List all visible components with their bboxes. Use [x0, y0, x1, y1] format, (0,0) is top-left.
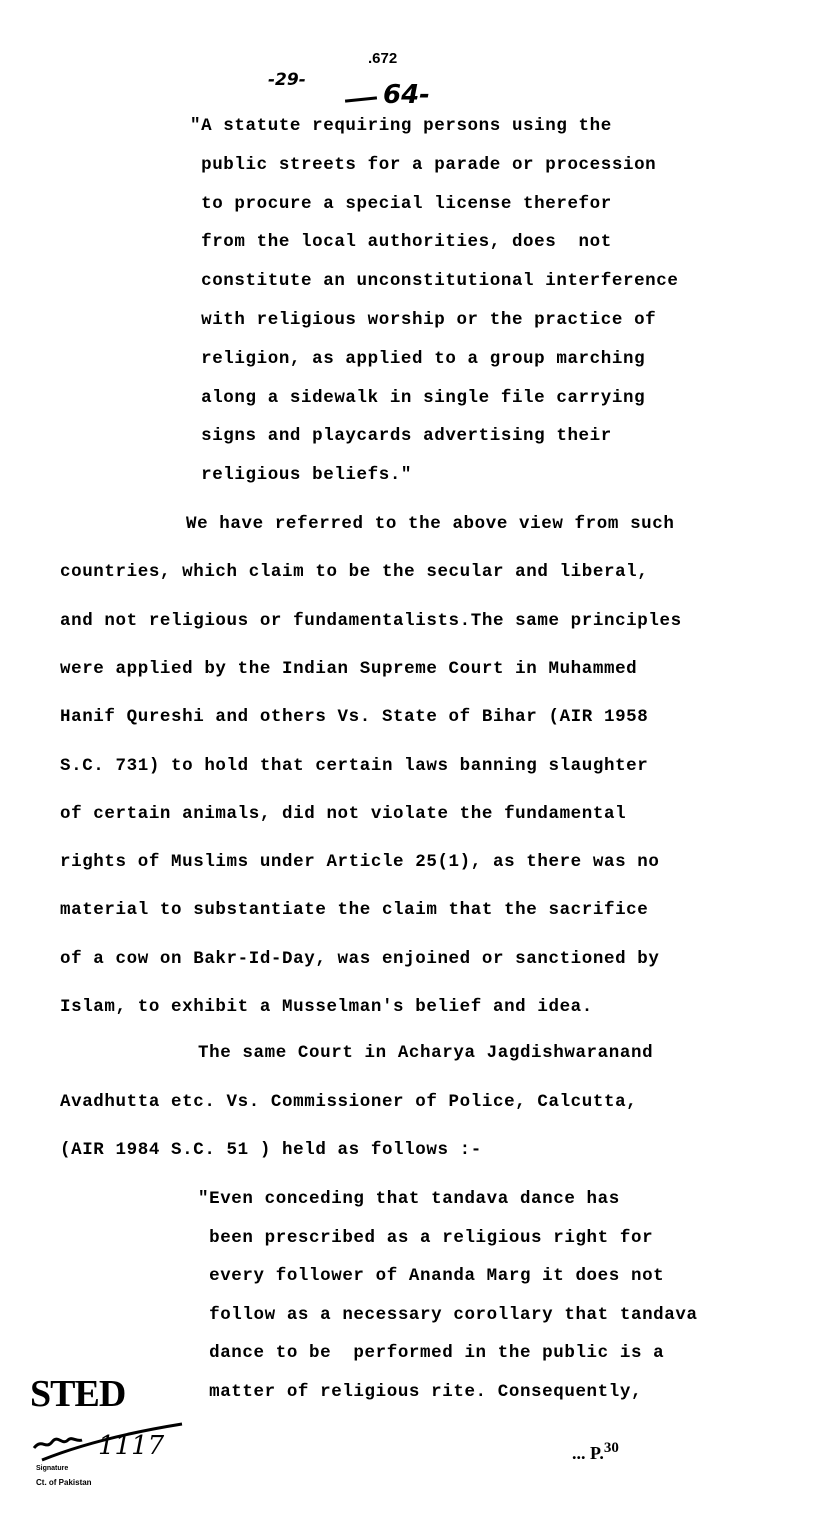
text-line: S.C. 731) to hold that certain laws bann… [60, 756, 648, 776]
text-line: religion, as applied to a group marching [190, 349, 645, 369]
text-line: signs and playcards advertising their [190, 426, 612, 446]
text-line: "A statute requiring persons using the [190, 116, 612, 136]
text-line: every follower of Ananda Marg it does no… [198, 1266, 664, 1286]
stamp-caption-1: Signature [36, 1465, 68, 1472]
text-line: countries, which claim to be the secular… [60, 562, 648, 582]
text-line: The same Court in Acharya Jagdishwaranan… [198, 1043, 653, 1063]
text-line: were applied by the Indian Supreme Court… [60, 659, 637, 679]
text-line: of a cow on Bakr-Id-Day, was enjoined or… [60, 949, 660, 969]
continuation-prefix: ... P. [572, 1443, 604, 1463]
text-line: and not religious or fundamentalists.The… [60, 611, 682, 631]
text-line: follow as a necessary corollary that tan… [198, 1305, 698, 1325]
continuation-marker: ... P.30 [572, 1440, 619, 1464]
text-line: from the local authorities, does not [190, 232, 612, 252]
text-line: Hanif Qureshi and others Vs. State of Bi… [60, 707, 648, 727]
signature-digits: 1117 [98, 1431, 165, 1461]
text-line: matter of religious rite. Consequently, [198, 1382, 642, 1402]
stamp-caption-2: Ct. of Pakistan [36, 1478, 92, 1487]
text-line: constitute an unconstitutional interfere… [190, 271, 678, 291]
text-line: of certain animals, did not violate the … [60, 804, 626, 824]
text-line: public streets for a parade or processio… [190, 155, 656, 175]
text-line: rights of Muslims under Article 25(1), a… [60, 852, 660, 872]
text-line: religious beliefs." [190, 465, 412, 485]
handwritten-page-number-2: 64- [345, 80, 430, 110]
text-line: We have referred to the above view from … [186, 514, 674, 534]
text-line: (AIR 1984 S.C. 51 ) held as follows :- [60, 1140, 482, 1160]
text-line: dance to be performed in the public is a [198, 1343, 664, 1363]
text-line: Islam, to exhibit a Musselman's belief a… [60, 997, 593, 1017]
text-line: "Even conceding that tandava dance has [198, 1189, 620, 1209]
handwritten-page-number-2-text: 64- [383, 80, 430, 110]
attested-stamp: STED [30, 1372, 125, 1416]
text-line: material to substantiate the claim that … [60, 900, 648, 920]
text-line: along a sidewalk in single file carrying [190, 388, 645, 408]
stamp-page-number: .672 [368, 50, 397, 67]
text-line: to procure a special license therefor [190, 194, 612, 214]
continuation-page: 30 [604, 1440, 619, 1456]
handwritten-page-number: -29- [268, 70, 306, 90]
text-line: Avadhutta etc. Vs. Commissioner of Polic… [60, 1092, 637, 1112]
text-line: with religious worship or the practice o… [190, 310, 656, 330]
text-line: been prescribed as a religious right for [198, 1228, 653, 1248]
